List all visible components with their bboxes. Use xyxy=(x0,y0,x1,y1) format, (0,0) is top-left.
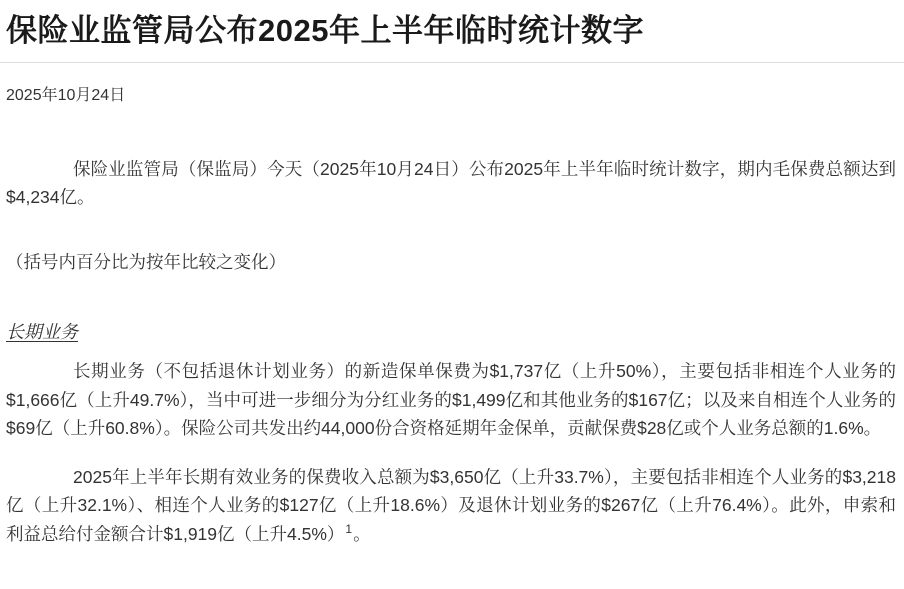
paragraph-inforce-business: 2025年上半年长期有效业务的保费收入总额为$3,650亿（上升33.7%），主… xyxy=(6,463,896,549)
page-title: 保险业监管局公布2025年上半年临时统计数字 xyxy=(6,13,896,49)
title-divider xyxy=(0,62,904,63)
footnote-marker: 1 xyxy=(344,522,353,536)
publish-date: 2025年10月24日 xyxy=(6,84,896,108)
section-heading-long-term-business: 长期业务 xyxy=(6,320,896,344)
closing-period: 。 xyxy=(353,524,371,544)
percentage-note: （括号内百分比为按年比较之变化） xyxy=(6,248,896,277)
paragraph-new-business: 长期业务（不包括退休计划业务）的新造保单保费为$1,737亿（上升50%），主要… xyxy=(6,357,896,443)
intro-paragraph: 保险业监管局（保监局）今天（2025年10月24日）公布2025年上半年临时统计… xyxy=(6,155,896,212)
press-release-document: 保险业监管局公布2025年上半年临时统计数字 2025年10月24日 保险业监管… xyxy=(0,13,904,548)
paragraph-inforce-text: 2025年上半年长期有效业务的保费收入总额为$3,650亿（上升33.7%），主… xyxy=(6,467,896,544)
